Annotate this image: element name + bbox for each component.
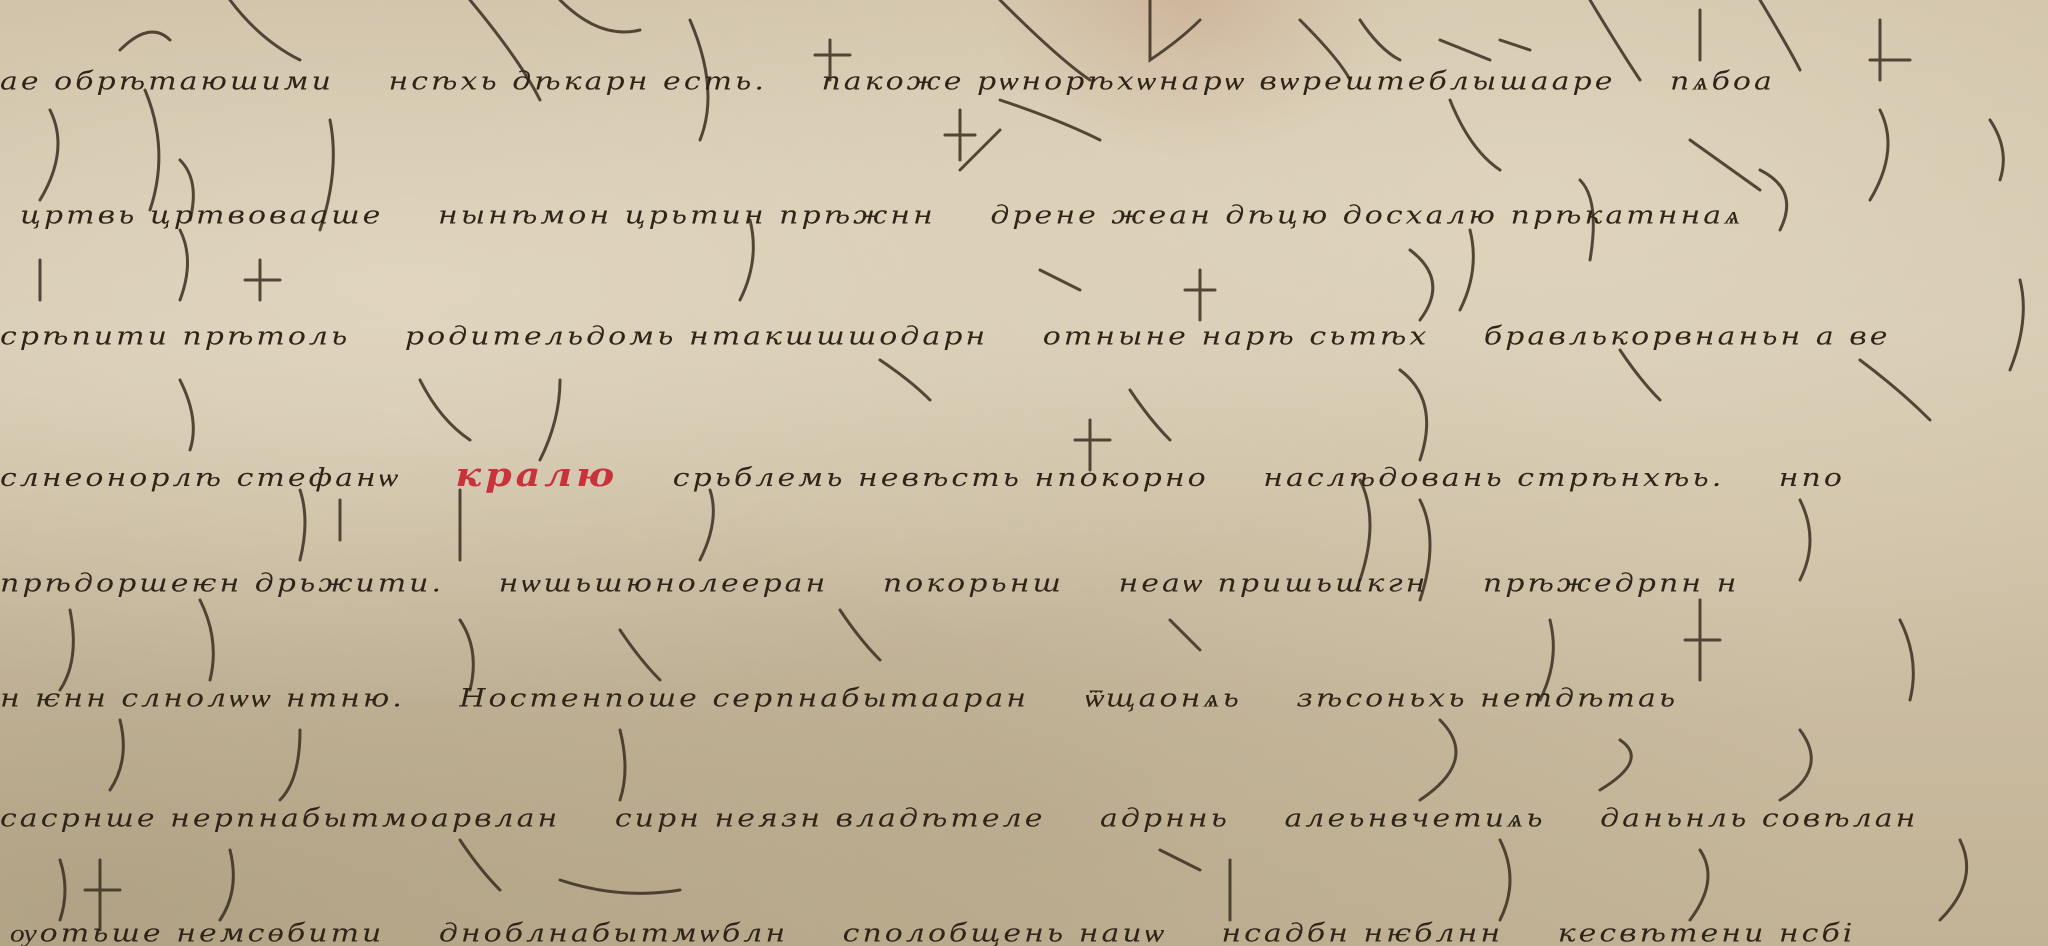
manuscript-line-1: ае обрѣтаюшими нсѣхь дѣкарн есть. пакоже… <box>0 67 1817 97</box>
text-segment: покорьнш <box>883 569 1064 599</box>
text-segment: прѣдоршеѥн дрьжити. <box>0 569 444 599</box>
text-segment: Ностенпоше серпнабытааран <box>459 684 1029 714</box>
text-segment: ѿщаонѧь <box>1084 684 1242 714</box>
text-segment: срьблемь невѣсть нпокорно <box>673 463 1209 493</box>
text-segment: наслѣдовань стрѣнхѣь. <box>1263 463 1724 493</box>
text-segment: нсѣхь дѣкарн есть. <box>388 67 766 97</box>
manuscript-line-2: цртвь цртвовааше нынѣмон црьтин прѣжнн д… <box>20 201 1785 231</box>
text-segment: зѣсоньхь нетдѣтаь <box>1297 684 1679 714</box>
text-segment: адрннь <box>1100 804 1230 834</box>
manuscript-line-8: ѹотьше немсѳбити дноблнабытмѡблн сполобщ… <box>10 919 1897 946</box>
text-segment: даньнль совѣлан <box>1600 804 1918 834</box>
text-segment: отныне нарѣ сьтѣх <box>1043 322 1430 352</box>
text-segment: цртвь цртвовааше <box>20 201 383 231</box>
text-segment: дноблнабытмѡблн <box>439 919 788 946</box>
text-segment: алеьнвчетиѧь <box>1285 804 1546 834</box>
text-segment: дрене жеан дѣцю досхалю прѣкатннаѧ <box>990 201 1743 231</box>
text-segment: нынѣмон црьтин прѣжнн <box>438 201 936 231</box>
manuscript-line-4: слнеонорлѣ стефанѡ кралю срьблемь невѣст… <box>0 455 1887 493</box>
rubricated-word: кралю <box>455 455 618 493</box>
text-segment: нсадбн нѥблнн <box>1221 919 1503 946</box>
manuscript-line-5: прѣдоршеѥн дрьжити. нѡшьшюнолееран покор… <box>0 569 1781 599</box>
manuscript-line-6: н ѥнн слнолѡѡ нтню. Ностенпоше серпнабыт… <box>0 684 1720 714</box>
text-segment: нпо <box>1779 463 1845 493</box>
text-segment: срѣпити прѣтоль <box>0 322 350 352</box>
text-segment: неаѡ пришьшкгн <box>1118 569 1428 599</box>
text-segment: сполобщень наиѡ <box>843 919 1167 946</box>
manuscript-parchment: ае обрѣтаюшими нсѣхь дѣкарн есть. пакоже… <box>0 0 2048 946</box>
manuscript-line-7: сасрнше нерпнабытмоарвлан сирн неязн вла… <box>0 804 1960 834</box>
text-segment: ае обрѣтаюшими <box>0 67 334 97</box>
text-segment: пѧбоа <box>1670 67 1775 97</box>
text-segment: пакоже рѡнорѣхѡнарѡ вѡрештеблышааре <box>821 67 1615 97</box>
text-segment: слнеонорлѣ стефанѡ <box>0 463 401 493</box>
text-segment: сасрнше нерпнабытмоарвлан <box>0 804 560 834</box>
text-segment: н ѥнн слнолѡѡ нтню. <box>0 684 405 714</box>
text-segment: кесвѣтени нсбі <box>1558 919 1856 946</box>
text-segment: родительдомь нтакшшшодарн <box>405 322 988 352</box>
text-segment: нѡшьшюнолееран <box>499 569 829 599</box>
text-segment: сирн неязн владѣтеле <box>615 804 1046 834</box>
text-segment: бравлькорвнаньн а ве <box>1484 322 1891 352</box>
manuscript-line-3: срѣпити прѣтоль родительдомь нтакшшшодар… <box>0 322 1932 352</box>
text-segment: прѣжедрпн н <box>1483 569 1739 599</box>
text-segment: ѹотьше немсѳбити <box>10 919 384 946</box>
